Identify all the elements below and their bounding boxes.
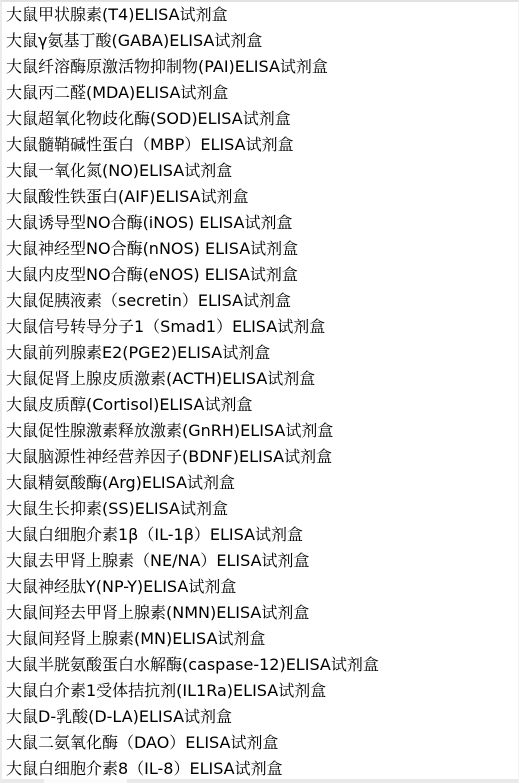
list-item[interactable]: 大鼠皮质醇(Cortisol)ELISA试剂盒 [2,392,518,418]
list-item[interactable]: 大鼠促性腺激素释放激素(GnRH)ELISA试剂盒 [2,418,518,444]
list-item[interactable]: 大鼠髓鞘碱性蛋白（MBP）ELISA试剂盒 [2,132,518,158]
list-item[interactable]: 大鼠二氨氧化酶（DAO）ELISA试剂盒 [2,730,518,756]
horizontal-scrollbar[interactable] [2,779,519,783]
list-item[interactable]: 大鼠酸性铁蛋白(AIF)ELISA试剂盒 [2,184,518,210]
list-item[interactable]: 大鼠内皮型NO合酶(eNOS) ELISA试剂盒 [2,262,518,288]
list-item[interactable]: 大鼠去甲肾上腺素（NE/NA）ELISA试剂盒 [2,548,518,574]
list-item[interactable]: 大鼠信号转导分子1（Smad1）ELISA试剂盒 [2,314,518,340]
list-item[interactable]: 大鼠脑源性神经营养因子(BDNF)ELISA试剂盒 [2,444,518,470]
list-item[interactable]: 大鼠神经肽Y(NP-Y)ELISA试剂盒 [2,574,518,600]
list-item[interactable]: 大鼠纤溶酶原激活物抑制物(PAI)ELISA试剂盒 [2,54,518,80]
horizontal-scrollbar-thumb[interactable] [44,779,127,783]
list-item[interactable]: 大鼠白细胞介素1β（IL-1β）ELISA试剂盒 [2,522,518,548]
product-list: 大鼠甲状腺素(T4)ELISA试剂盒大鼠γ氨基丁酸(GABA)ELISA试剂盒大… [2,2,518,782]
list-item[interactable]: 大鼠甲状腺素(T4)ELISA试剂盒 [2,2,518,28]
list-item[interactable]: 大鼠白介素1受体拮抗剂(IL1Ra)ELISA试剂盒 [2,678,518,704]
list-item[interactable]: 大鼠超氧化物歧化酶(SOD)ELISA试剂盒 [2,106,518,132]
list-item[interactable]: 大鼠半胱氨酸蛋白水解酶(caspase-12)ELISA试剂盒 [2,652,518,678]
list-item[interactable]: 大鼠促肾上腺皮质激素(ACTH)ELISA试剂盒 [2,366,518,392]
list-item[interactable]: 大鼠神经型NO合酶(nNOS) ELISA试剂盒 [2,236,518,262]
product-list-page: 大鼠甲状腺素(T4)ELISA试剂盒大鼠γ氨基丁酸(GABA)ELISA试剂盒大… [0,0,519,783]
list-item[interactable]: 大鼠生长抑素(SS)ELISA试剂盒 [2,496,518,522]
list-item[interactable]: 大鼠前列腺素E2(PGE2)ELISA试剂盒 [2,340,518,366]
list-item[interactable]: 大鼠γ氨基丁酸(GABA)ELISA试剂盒 [2,28,518,54]
list-item[interactable]: 大鼠精氨酸酶(Arg)ELISA试剂盒 [2,470,518,496]
list-item[interactable]: 大鼠间羟去甲肾上腺素(NMN)ELISA试剂盒 [2,600,518,626]
list-item[interactable]: 大鼠D-乳酸(D-LA)ELISA试剂盒 [2,704,518,730]
list-item[interactable]: 大鼠诱导型NO合酶(iNOS) ELISA试剂盒 [2,210,518,236]
list-item[interactable]: 大鼠促胰液素（secretin）ELISA试剂盒 [2,288,518,314]
list-item[interactable]: 大鼠一氧化氮(NO)ELISA试剂盒 [2,158,518,184]
list-item[interactable]: 大鼠间羟肾上腺素(MN)ELISA试剂盒 [2,626,518,652]
list-item[interactable]: 大鼠丙二醛(MDA)ELISA试剂盒 [2,80,518,106]
